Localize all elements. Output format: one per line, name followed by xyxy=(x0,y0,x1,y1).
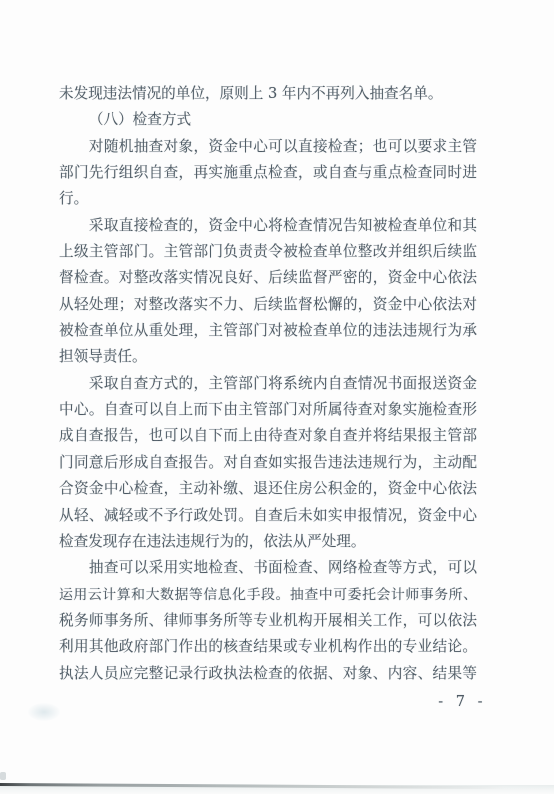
scanned-document-page: 未发现违法情况的单位，原则上 3 年内不再列入抽查名单。 （八）检查方式 对随机… xyxy=(0,0,554,794)
text-line: 运用云计算和大数据等信息化手段。抽查中可委托会计师事务所、 xyxy=(59,582,477,608)
text-line: 上级主管部门。主管部门负责责令被检查单位整改并组织后续监 xyxy=(59,239,477,265)
text-line: 对随机抽查对象，资金中心可以直接检查；也可以要求主管 xyxy=(59,134,477,160)
text-line: 中心。自查可以自上而下由主管部门对所属待查对象实施检查形 xyxy=(59,397,477,423)
text-line: 未发现违法情况的单位，原则上 3 年内不再列入抽查名单。 xyxy=(59,81,477,107)
text-line: 担领导责任。 xyxy=(59,344,477,370)
document-body: 未发现违法情况的单位，原则上 3 年内不再列入抽查名单。 （八）检查方式 对随机… xyxy=(59,81,477,687)
scan-artifact-mark xyxy=(0,772,6,780)
text-line: 从轻处理；对整改落实不力、后续监督松懈的，资金中心依法对 xyxy=(59,292,477,318)
page-number: - 7 - xyxy=(438,691,485,713)
text-line: 检查发现存在违法违规行为的，依法从严处理。 xyxy=(59,529,477,555)
text-line: 被检查单位从重处理，主管部门对被检查单位的违法违规行为承 xyxy=(59,318,477,344)
scan-smudge xyxy=(28,703,60,721)
text-line: 抽查可以采用实地检查、书面检查、网络检查等方式，可以 xyxy=(59,555,477,581)
text-line: 行。 xyxy=(59,186,477,212)
text-line: 成自查报告，也可以自下而上由待查对象自查并将结果报主管部 xyxy=(59,423,477,449)
text-line: 合资金中心检查，主动补缴、退还住房公积金的，资金中心依法 xyxy=(59,476,477,502)
text-line: 采取直接检查的，资金中心将检查情况告知被检查单位和其 xyxy=(59,213,477,239)
text-line: 督检查。对整改落实情况良好、后续监督严密的，资金中心依法 xyxy=(59,265,477,291)
text-line: 利用其他政府部门作出的核查结果或专业机构作出的专业结论。 xyxy=(59,634,477,660)
text-line: 执法人员应完整记录行政执法检查的依据、对象、内容、结果等 xyxy=(59,661,477,687)
text-line: 门同意后形成自查报告。对自查如实报告违法违规行为，主动配 xyxy=(59,450,477,476)
text-line: 采取自查方式的，主管部门将系统内自查情况书面报送资金 xyxy=(59,371,477,397)
section-heading: （八）检查方式 xyxy=(59,107,477,133)
text-line: 部门先行组织自查，再实施重点检查，或自查与重点检查同时进 xyxy=(59,160,477,186)
text-line: 从轻、减轻或不予行政处罚。自查后未如实申报情况，资金中心 xyxy=(59,503,477,529)
text-line: 税务师事务所、律师事务所等专业机构开展相关工作，可以依法 xyxy=(59,608,477,634)
